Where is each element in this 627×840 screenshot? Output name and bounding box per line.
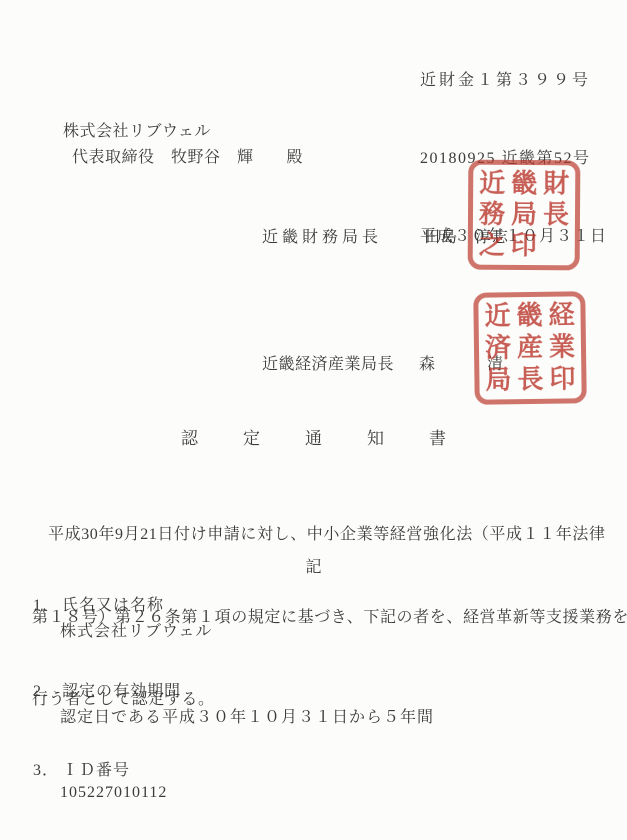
item-3-value: 105227010112 <box>60 784 167 802</box>
seal-glyph: 局 <box>482 364 514 396</box>
seal-glyph: 近 <box>481 300 513 332</box>
item-1-heading: 氏名又は名称 <box>62 592 164 615</box>
item-2-number: 2． <box>33 678 62 701</box>
addressee-company: 株式会社リブウェル <box>63 118 211 141</box>
addressee-representative: 代表取締役 牧野谷 輝 殿 <box>72 144 303 167</box>
item-2-value: 認定日である平成３０年１０月３１日から５年間 <box>60 704 434 727</box>
ki-marker: 記 <box>0 554 627 577</box>
seal-glyph: 印 <box>508 231 540 263</box>
seal-glyph <box>540 231 572 263</box>
seal-glyph: 畿 <box>508 168 540 200</box>
seal-glyph: 業 <box>546 331 578 363</box>
doc-number-finance: 近財金１第３９９号 <box>420 68 607 94</box>
seal-glyph: 経 <box>545 299 577 331</box>
body-line: 平成30年9月21日付け申請に対し、中小企業等経営強化法（平成１１年法律 <box>32 521 607 549</box>
seal-glyph: 務 <box>476 199 508 231</box>
item-1-number: 1． <box>33 592 62 615</box>
signer-economy-title: 近畿経済産業局長 <box>262 356 394 373</box>
seal-glyph: 済 <box>482 332 514 364</box>
signer-finance-title: 近畿財務局長 <box>262 229 382 246</box>
seal-glyph: 長 <box>540 199 572 231</box>
item-3-heading: ＩＤ番号 <box>62 757 130 780</box>
item-3-number: 3． <box>33 757 62 780</box>
seal-glyph: 近 <box>476 168 508 200</box>
finance-bureau-official-seal: 近 畿 財 務 局 長 之 印 <box>468 160 581 271</box>
certification-notice-document: 近財金１第３９９号 20180925 近畿第52号 平成３０年１０月３１日 株式… <box>0 0 627 840</box>
item-3-label: 3．ＩＤ番号 <box>33 757 130 780</box>
seal-glyph: 財 <box>540 168 572 200</box>
item-2-label: 2．認定の有効期間 <box>33 678 181 701</box>
seal-glyph: 畿 <box>513 300 545 332</box>
seal-glyph: 之 <box>476 230 508 262</box>
item-1-label: 1．氏名又は名称 <box>33 592 164 615</box>
seal-glyph: 産 <box>514 332 546 364</box>
seal-glyph: 印 <box>546 363 578 395</box>
document-title: 認 定 通 知 書 <box>0 424 627 449</box>
economy-bureau-official-seal: 近 畿 経 済 産 業 局 長 印 <box>473 291 587 405</box>
item-1-value: 株式会社リブウェル <box>60 618 212 641</box>
signer-economy-bureau: 近畿経済産業局長森 清 <box>246 333 504 392</box>
seal-glyph: 局 <box>508 199 540 231</box>
item-2-heading: 認定の有効期間 <box>62 678 181 701</box>
seal-glyph: 長 <box>514 364 546 396</box>
